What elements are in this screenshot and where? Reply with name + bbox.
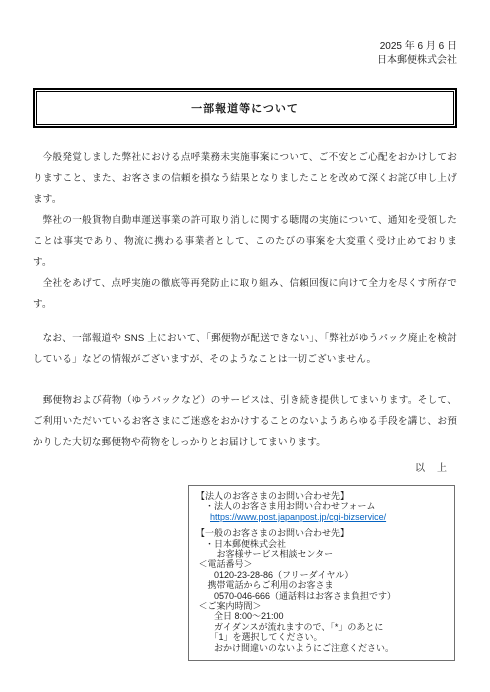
contact-line-mobile-number: 0570-046-666（通話料はお客さま負担です） [196, 591, 448, 601]
contact-info-box: 【法人のお客さまのお問い合わせ先】 ・法人のお客さま用お問い合わせフォーム ht… [188, 485, 455, 661]
document-body: 今般発覚しました弊社における点呼業務未実施事案について、ご不安とご心配をおかけし… [33, 147, 457, 453]
body-paragraph-service-continuity: 郵便物および荷物（ゆうパックなど）のサービスは、引き続き提供してまいります。そし… [33, 390, 457, 453]
date: 2025 年 6 月 6 日 [33, 40, 457, 54]
document-header: 2025 年 6 月 6 日 日本郵便株式会社 [33, 40, 457, 68]
corporate-contact-heading: 【法人のお客さまのお問い合わせ先】 [196, 491, 448, 501]
body-paragraph-hearing: 弊社の一般貨物自動車運送事業の許可取り消しに関する聴聞の実施について、通知を受領… [33, 210, 457, 273]
corporate-contact-item: ・法人のお客さま用お問い合わせフォーム [196, 501, 448, 511]
contact-line-center: お客様サービス相談センター [196, 549, 448, 559]
contact-line-hours-heading: ＜ご案内時間＞ [196, 601, 448, 611]
title-box: 一部報道等について [33, 88, 457, 128]
contact-line-company: ・日本郵便株式会社 [196, 539, 448, 549]
body-paragraph-prevention: 全社をあげて、点呼実施の徹底等再発防止に取り組み、信頼回復に向けて全力を尽くす所… [33, 273, 457, 315]
body-paragraph-apology: 今般発覚しました弊社における点呼業務未実施事案について、ご不安とご心配をおかけし… [33, 147, 457, 210]
contact-line-caution: おかけ間違いのないようにご注意ください。 [196, 643, 448, 653]
contact-line-guidance-1: ガイダンスが流れますので、「*」のあとに [196, 622, 448, 632]
contact-line-hours: 全日 8:00～21:00 [196, 611, 448, 621]
contact-line-phone-heading: ＜電話番号＞ [196, 559, 448, 569]
closing-ijou: 以 上 [33, 459, 457, 474]
body-paragraph-rumor-denial: なお、一部報道や SNS 上において、「郵便物が配送できない」、「弊社がゆうパッ… [33, 328, 457, 370]
contact-line-freedial: 0120-23-28-86（フリーダイヤル） [196, 570, 448, 580]
corporate-contact-link-line: https://www.post.japanpost.jp/cgi-bizser… [196, 512, 448, 522]
document-page: 2025 年 6 月 6 日 日本郵便株式会社 一部報道等について 今般発覚しま… [0, 0, 490, 692]
contact-line-mobile-note: 携帯電話からご利用のお客さま [196, 580, 448, 590]
page-title: 一部報道等について [36, 91, 454, 125]
corporate-inquiry-link[interactable]: https://www.post.japanpost.jp/cgi-bizser… [210, 512, 386, 522]
general-contact-heading: 【一般のお客さまのお問い合わせ先】 [196, 528, 448, 538]
contact-line-guidance-2: 「1」を選択してください。 [196, 632, 448, 642]
company-name: 日本郵便株式会社 [33, 54, 457, 68]
